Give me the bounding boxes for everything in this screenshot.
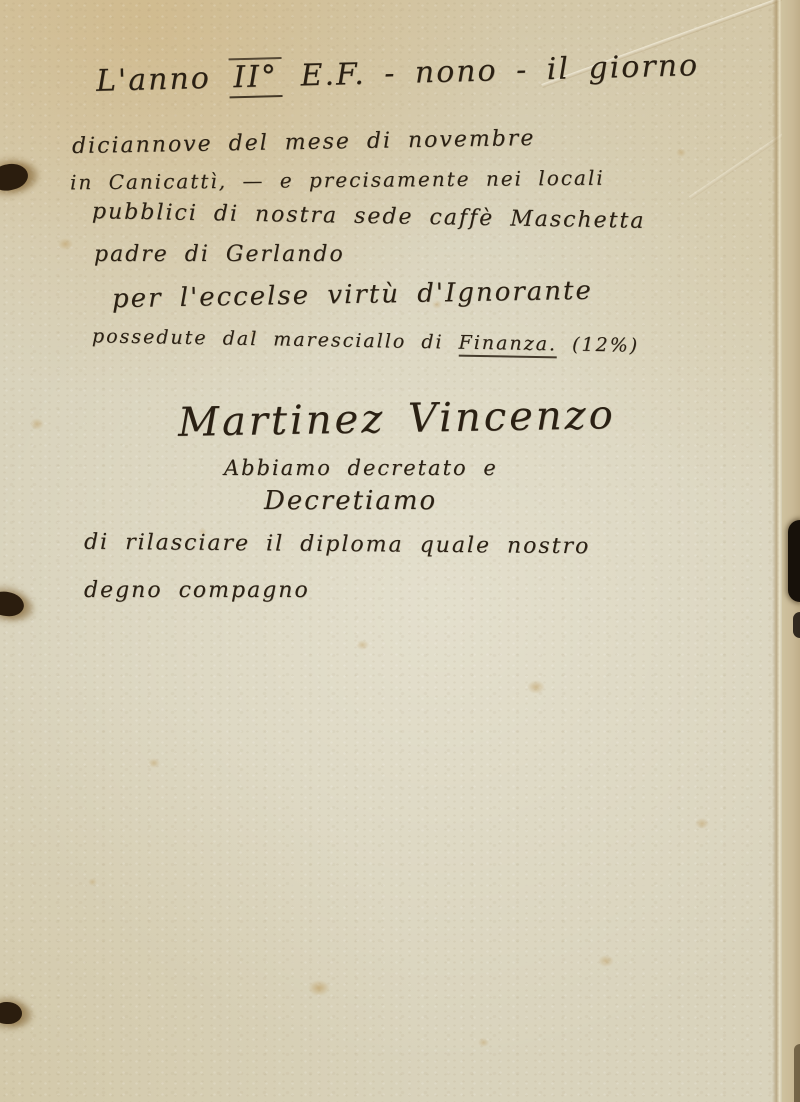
binding-hole: [0, 1002, 22, 1024]
manuscript-line-5: padre di Gerlando: [94, 242, 345, 267]
manuscript-line-7: possedute dal maresciallo di Finanza. (1…: [92, 325, 640, 357]
manuscript-line-9: Abbiamo decretato e: [224, 456, 498, 480]
manuscript-line-4: pubblici di nostra sede caffè Maschetta: [92, 199, 646, 234]
line-1-rest: E.F. - nono - il giorno: [300, 48, 699, 93]
line-7-suffix: (12%): [572, 334, 639, 357]
manuscript-name-line: Martinez Vincenzo: [178, 392, 616, 446]
manuscript-line-2: diciannove del mese di novembre: [72, 126, 536, 159]
manuscript-page: L'anno II° E.F. - nono - il giorno dicia…: [0, 0, 800, 1102]
line-7-underlined: Finanza.: [458, 332, 557, 359]
page-edge-fold: [772, 0, 782, 1102]
manuscript-line-6: per l'eccelse virtù d'Ignorante: [112, 276, 593, 314]
manuscript-line-3: in Canicattì, — e precisamente nei local…: [70, 166, 605, 195]
line-1-prefix: L'anno: [96, 61, 212, 99]
manuscript-line-11: di rilasciare il diploma quale nostro: [84, 530, 591, 559]
line-7-prefix: possedute dal maresciallo di: [92, 325, 444, 353]
manuscript-line-12: degno compagno: [84, 578, 310, 603]
page-edge-tear: [788, 520, 800, 602]
binding-hole: [0, 590, 26, 618]
binding-hole: [0, 161, 30, 194]
manuscript-line-1: L'anno II° E.F. - nono - il giorno: [96, 48, 700, 99]
manuscript-line-10: Decretiamo: [264, 486, 437, 516]
page-edge-tear: [793, 612, 800, 638]
page-edge-tear: [794, 1044, 800, 1102]
line-1-year-underlined: II°: [229, 57, 283, 98]
